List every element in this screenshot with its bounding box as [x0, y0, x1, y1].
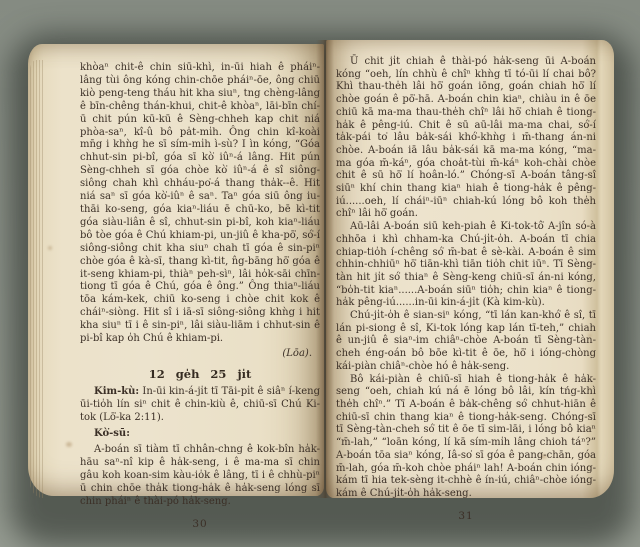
story-intro-paragraph: A-boán sī tiàm tī chhân-chng ê kok-bîn h… — [80, 444, 320, 509]
story-paragraph: Chú-ji̍t-o̍h ê sian-siⁿ kóng, “tī lán ka… — [336, 310, 596, 374]
story-paragraph: Ū chit ji̍t chiah ê thài-pó ha̍k-seng ūi… — [336, 56, 596, 221]
golden-verse-paragraph: Kim-kù: In-ūi kin-á-ji̍t tī Tāi-pi̍t ê s… — [80, 386, 320, 425]
open-book: khòaⁿ chit-ê chin siū-khì, in-ūi hiah ê … — [28, 34, 614, 506]
foxing-spot — [48, 246, 52, 250]
left-page-fore-edge — [30, 60, 43, 498]
continuation-paragraph: khòaⁿ chit-ê chin siū-khì, in-ūi hiah ê … — [80, 62, 320, 346]
author-signature: (Lōa). — [80, 348, 320, 361]
golden-verse-label: Kim-kù: — [94, 386, 139, 397]
story-paragraph: Bô kái-piàn ê chiū-sī hiah ê tiong-ha̍k … — [336, 374, 596, 501]
foxing-spot — [66, 442, 72, 447]
page-number-right: 31 — [336, 510, 596, 523]
story-paragraph: Aū-lâi A-boán siū keh-piah ê Ki-tok-tô͘ … — [336, 221, 596, 310]
left-page-text: khòaⁿ chit-ê chin siū-khì, in-ūi hiah ê … — [80, 62, 320, 531]
right-page-text: Ū chit ji̍t chiah ê thài-pó ha̍k-seng ūi… — [336, 56, 596, 522]
page-number-left: 30 — [80, 518, 320, 531]
story-label: Kò͘-sū: — [80, 428, 320, 441]
date-heading: 12 ge̍h 25 ji̍t — [80, 368, 320, 381]
